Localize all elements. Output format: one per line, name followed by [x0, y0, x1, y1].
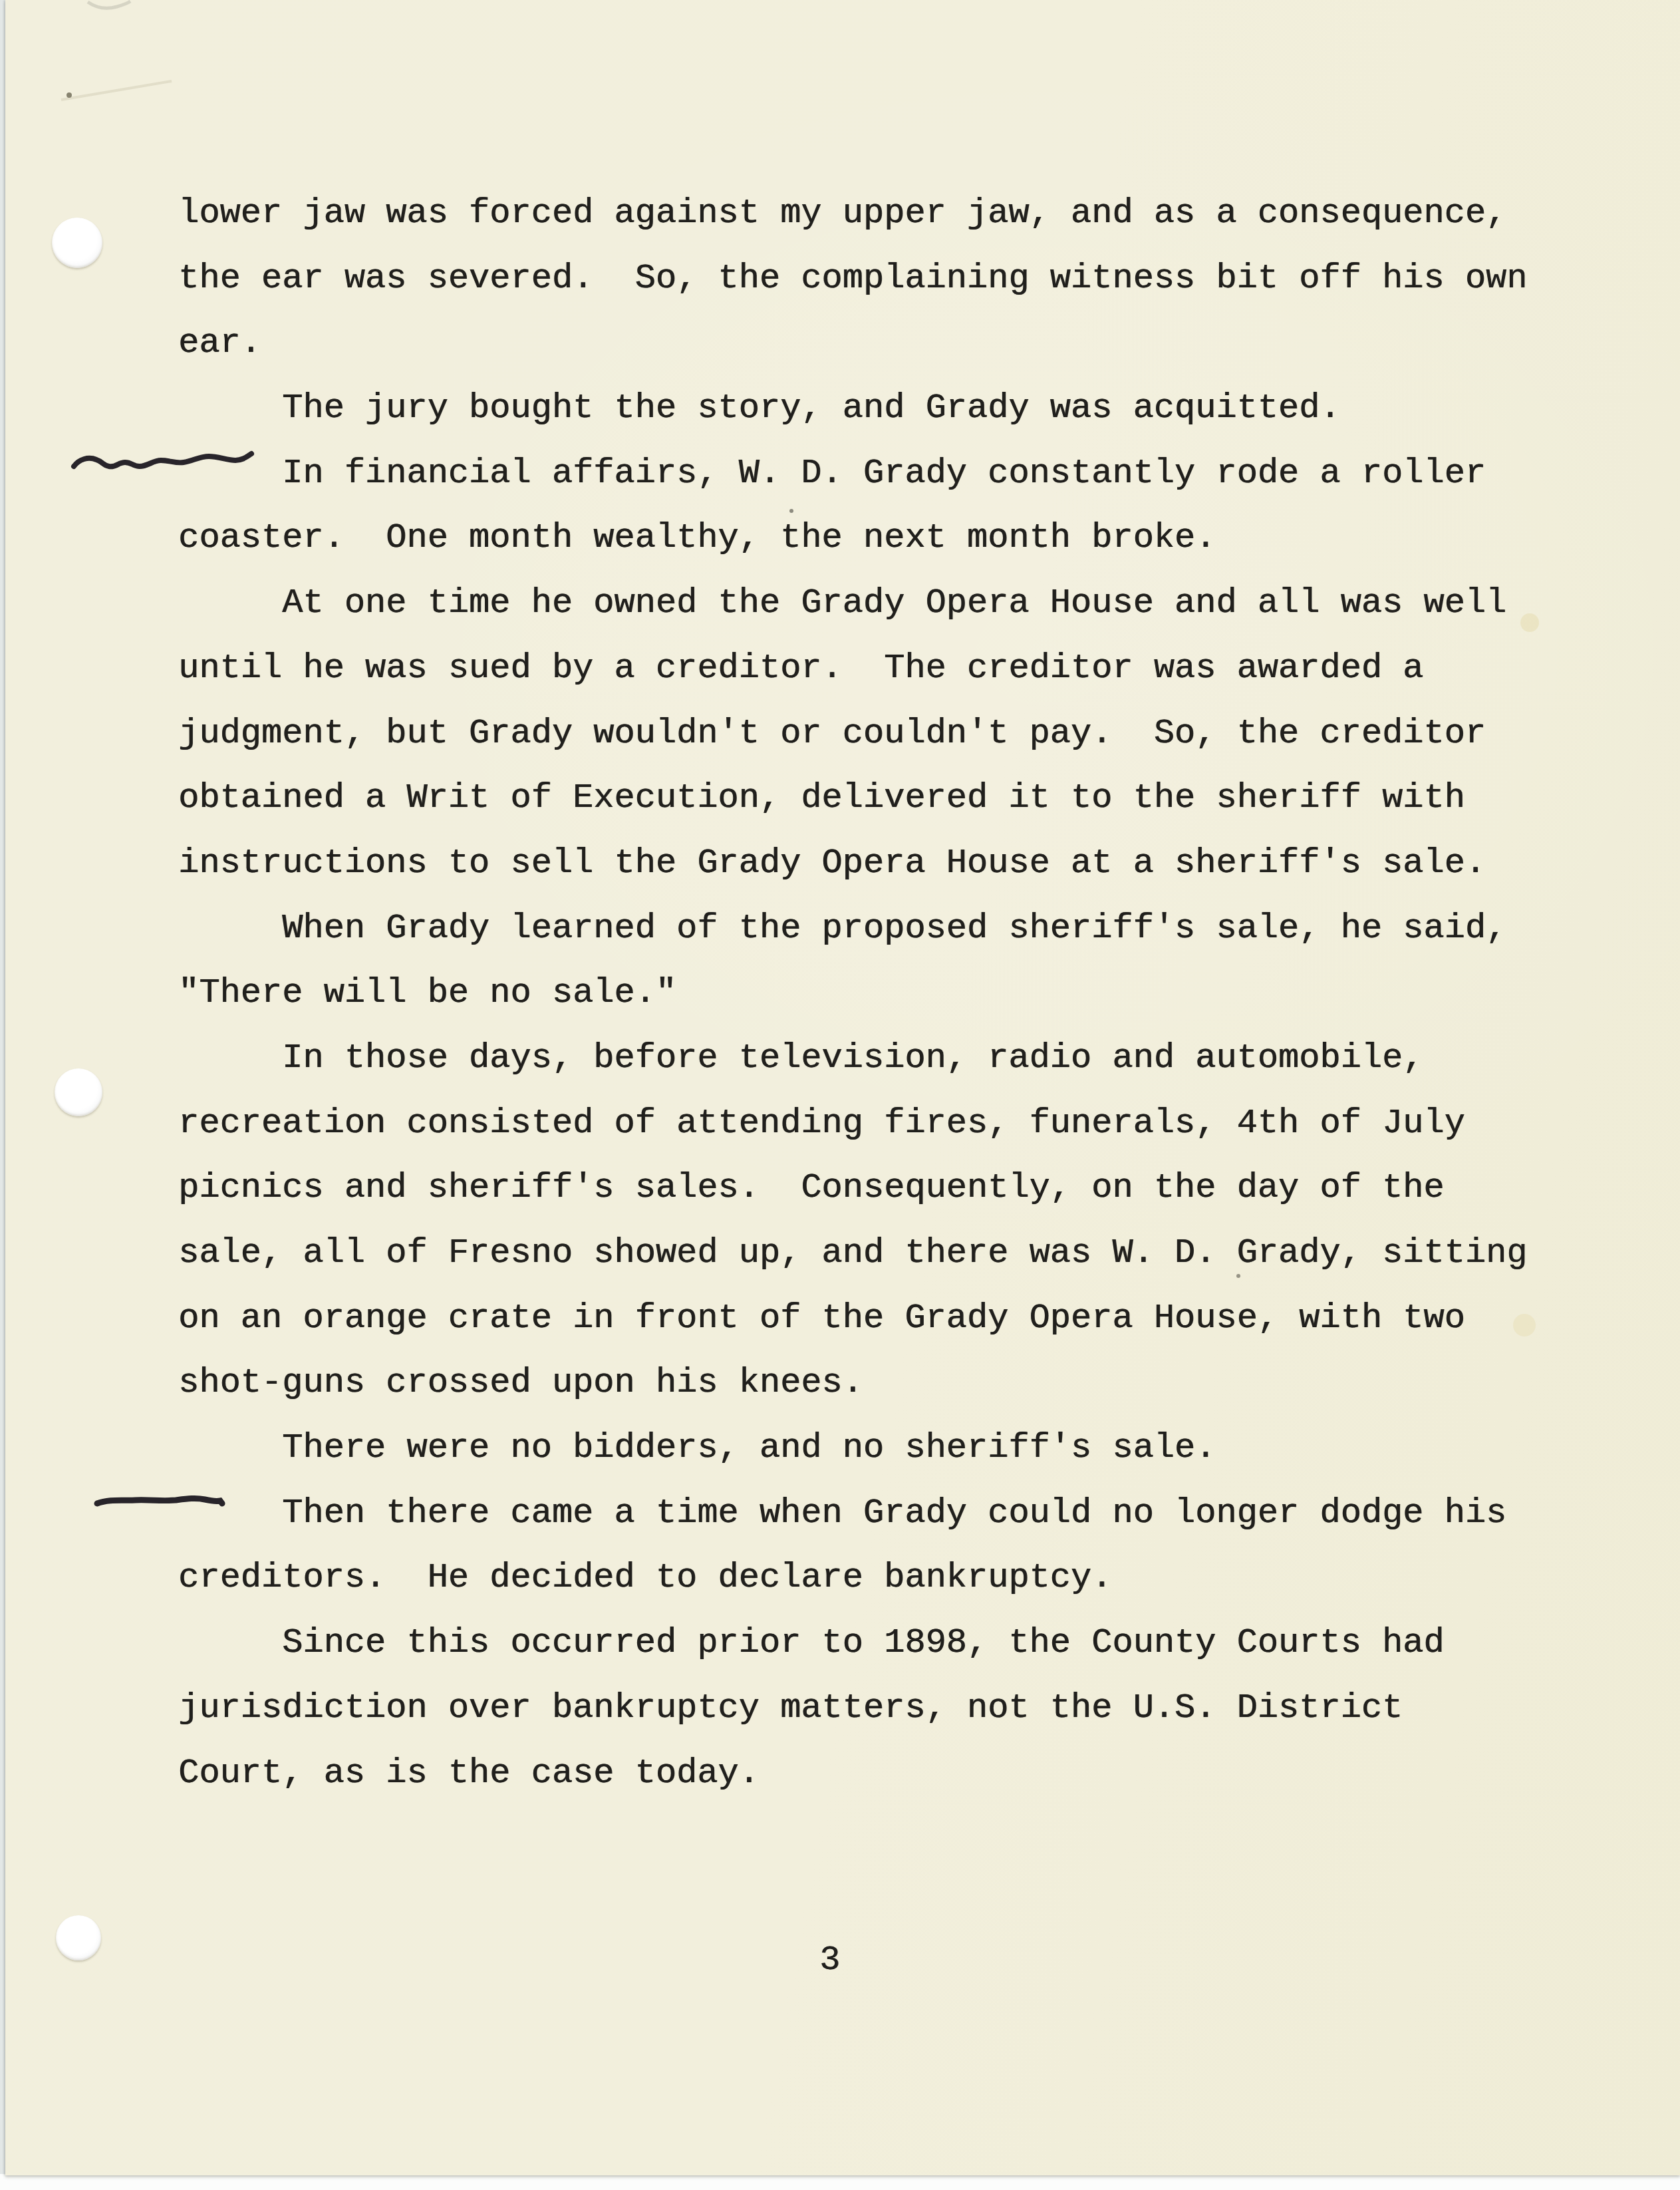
text-line: Then there came a time when Grady could …	[178, 1481, 1575, 1546]
scanned-document-page: lower jaw was forced against my upper ja…	[0, 0, 1680, 2190]
text-line: picnics and sheriff's sales. Consequentl…	[178, 1156, 1575, 1221]
hole-punch-bottom	[56, 1915, 101, 1960]
text-line: judgment, but Grady wouldn't or couldn't…	[178, 701, 1575, 766]
scanner-edge-bottom	[0, 2174, 1680, 2190]
text-line: Since this occurred prior to 1898, the C…	[178, 1611, 1575, 1676]
hole-punch-top	[52, 218, 102, 268]
typewritten-text-block: lower jaw was forced against my upper ja…	[178, 181, 1575, 1805]
text-line: lower jaw was forced against my upper ja…	[178, 181, 1575, 246]
text-line: At one time he owned the Grady Opera Hou…	[178, 571, 1575, 636]
text-line: coaster. One month wealthy, the next mon…	[178, 506, 1575, 571]
text-line: obtained a Writ of Execution, delivered …	[178, 766, 1575, 831]
text-line: Court, as is the case today.	[178, 1741, 1575, 1806]
text-line: The jury bought the story, and Grady was…	[178, 376, 1575, 441]
text-line: on an orange crate in front of the Grady…	[178, 1286, 1575, 1351]
page-number: 3	[819, 1928, 840, 1993]
text-line: recreation consisted of attending fires,…	[178, 1091, 1575, 1156]
hole-punch-middle	[55, 1068, 102, 1116]
text-line: In those days, before television, radio …	[178, 1026, 1575, 1091]
text-line: There were no bidders, and no sheriff's …	[178, 1416, 1575, 1481]
text-line: until he was sued by a creditor. The cre…	[178, 636, 1575, 701]
text-line: creditors. He decided to declare bankrup…	[178, 1545, 1575, 1611]
text-line: the ear was severed. So, the complaining…	[178, 246, 1575, 311]
text-line: "There will be no sale."	[178, 961, 1575, 1026]
text-line: shot-guns crossed upon his knees.	[178, 1350, 1575, 1416]
text-line: sale, all of Fresno showed up, and there…	[178, 1221, 1575, 1286]
text-line: When Grady learned of the proposed sheri…	[178, 896, 1575, 961]
text-line: instructions to sell the Grady Opera Hou…	[178, 831, 1575, 896]
text-line: In financial affairs, W. D. Grady consta…	[178, 441, 1575, 506]
text-line: jurisdiction over bankruptcy matters, no…	[178, 1676, 1575, 1741]
text-line: ear.	[178, 311, 1575, 376]
